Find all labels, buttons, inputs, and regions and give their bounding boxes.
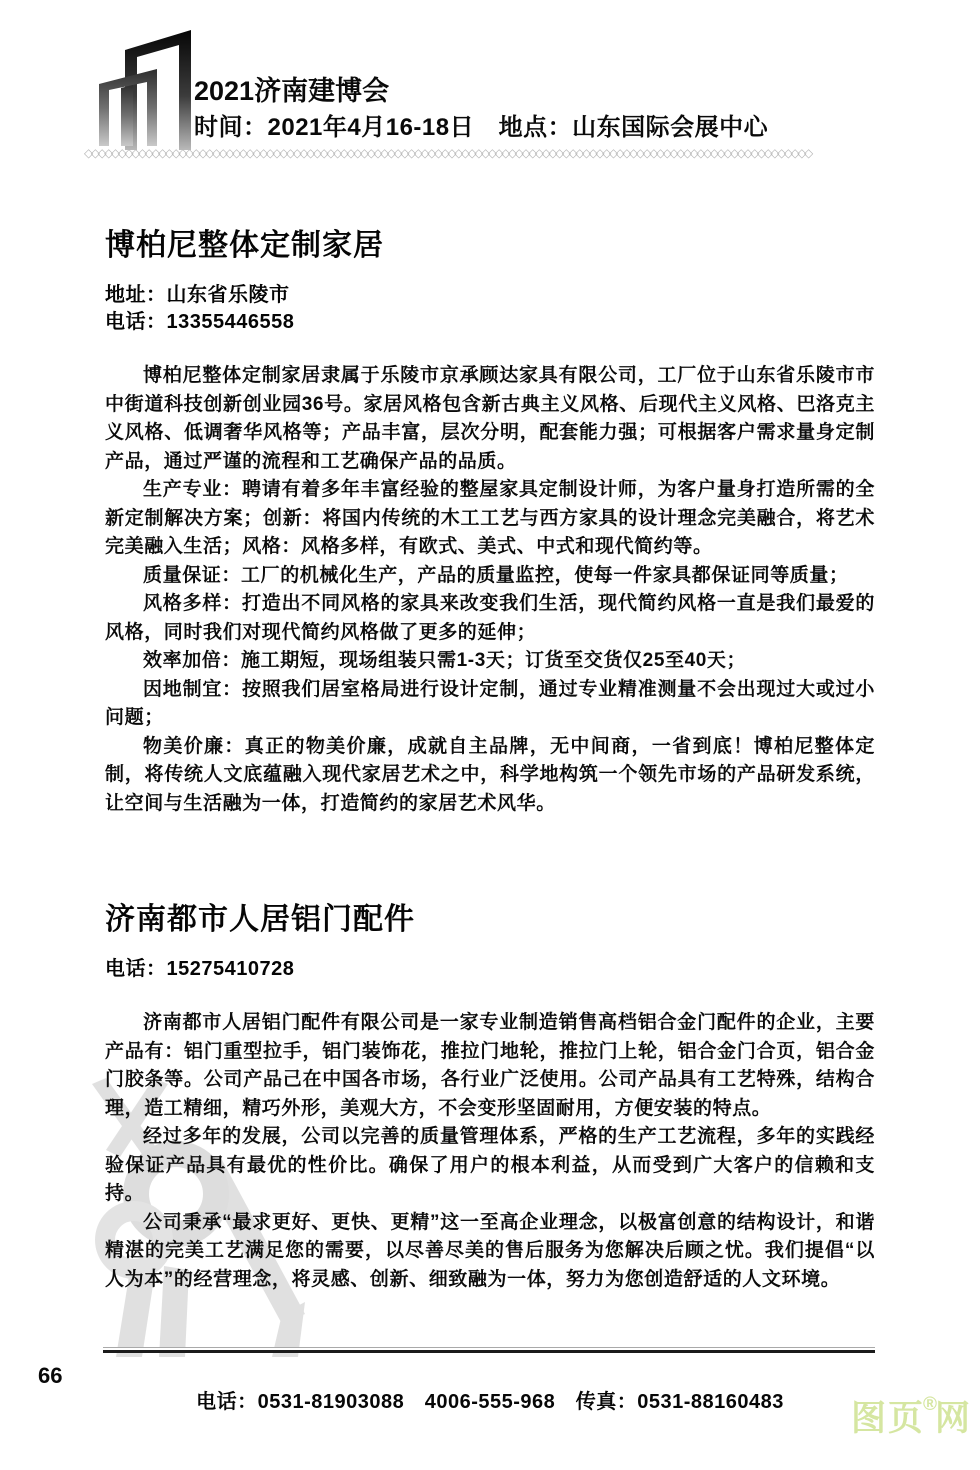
paragraph: 生产专业：聘请有着多年丰富经验的整屋家具定制设计师，为客户量身打造所需的全新定制… — [105, 476, 875, 562]
registered-trademark-icon: ® — [923, 1387, 937, 1423]
site-logo-text-right: 网 — [935, 1399, 972, 1438]
catalog-page: 2021济南建博会 时间：2021年4月16-18日 地点：山东国际会展中心 ◇… — [0, 0, 980, 1470]
site-logo-text-left: 图页 — [851, 1399, 925, 1438]
paragraph: 经过多年的发展，公司以完善的质量管理体系，严格的生产工艺流程，多年的实践经验保证… — [105, 1123, 875, 1209]
paragraph: 因地制宜：按照我们居室格局进行设计定制，通过专业精准测量不会出现过大或过小问题； — [105, 676, 875, 733]
paragraph: 济南都市人居铝门配件有限公司是一家专业制造销售高档铝合金门配件的企业，主要产品有… — [105, 1009, 875, 1123]
footer-contact-line: 电话：0531-81903088 4006-555-968 传真：0531-88… — [105, 1385, 875, 1414]
company-address: 地址：山东省乐陵市 — [105, 282, 875, 309]
expo-date-location: 时间：2021年4月16-18日 地点：山东国际会展中心 — [194, 113, 894, 143]
company-name: 博柏尼整体定制家居 — [105, 220, 875, 264]
company-phone: 电话：15275410728 — [105, 956, 875, 983]
header: 2021济南建博会 时间：2021年4月16-18日 地点：山东国际会展中心 — [194, 74, 894, 143]
expo-title: 2021济南建博会 — [194, 74, 894, 108]
footer-rule — [103, 1347, 875, 1354]
paragraph: 风格多样：打造出不同风格的家具来改变我们生活，现代简约风格一直是我们最爱的风格，… — [105, 590, 875, 647]
company-section-bobaini: 博柏尼整体定制家居 地址：山东省乐陵市 电话：13355446558 博柏尼整体… — [105, 220, 875, 818]
page-number: 66 — [38, 1363, 62, 1389]
paragraph: 质量保证：工厂的机械化生产，产品的质量监控，使每一件家具都保证同等质量； — [105, 562, 875, 591]
paragraph: 公司秉承“最求更好、更快、更精”这一至高企业理念，以极富创意的结构设计，和谐精湛… — [105, 1209, 875, 1295]
company-description: 博柏尼整体定制家居隶属于乐陵市京承顾达家具有限公司，工厂位于山东省乐陵市市中街道… — [105, 362, 875, 818]
site-logo-watermark: 图页®网 — [851, 1401, 972, 1437]
paragraph: 博柏尼整体定制家居隶属于乐陵市京承顾达家具有限公司，工厂位于山东省乐陵市市中街道… — [105, 362, 875, 476]
expo-logo-icon — [93, 24, 205, 152]
diamond-chain-separator: ◇◇◇◇◇◇◇◇◇◇◇◇◇◇◇◇◇◇◇◇◇◇◇◇◇◇◇◇◇◇◇◇◇◇◇◇◇◇◇◇… — [84, 146, 866, 162]
paragraph: 效率加倍：施工期短，现场组装只需1-3天；订货至交货仅25至40天； — [105, 647, 875, 676]
paragraph: 物美价廉：真正的物美价廉，成就自主品牌，无中间商，一省到底！博柏尼整体定制，将传… — [105, 733, 875, 819]
company-description: 济南都市人居铝门配件有限公司是一家专业制造销售高档铝合金门配件的企业，主要产品有… — [105, 1009, 875, 1294]
company-phone: 电话：13355446558 — [105, 309, 875, 336]
company-section-jinan-dushirenju: 济南都市人居铝门配件 电话：15275410728 济南都市人居铝门配件有限公司… — [105, 894, 875, 1294]
company-name: 济南都市人居铝门配件 — [105, 894, 875, 938]
